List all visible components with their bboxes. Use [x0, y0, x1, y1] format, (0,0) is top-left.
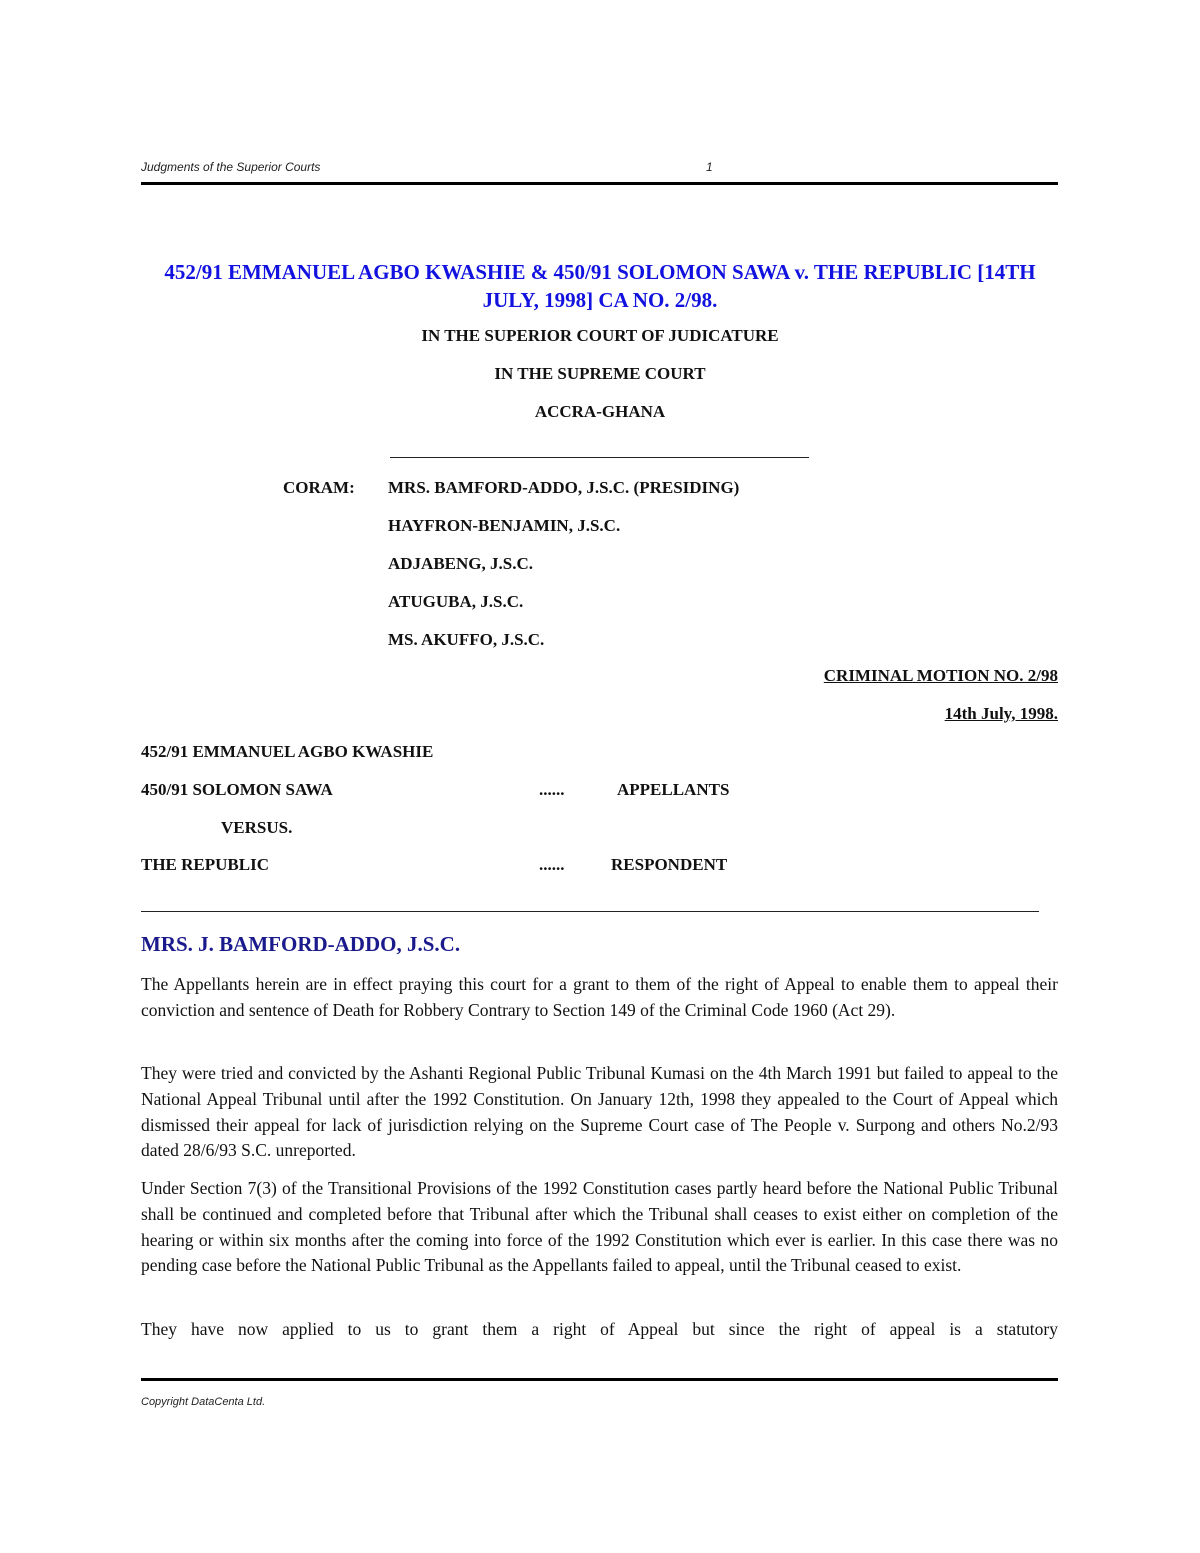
leader-dots: ......	[539, 855, 565, 875]
versus-label: VERSUS.	[221, 818, 292, 838]
court-line-supreme: IN THE SUPREME COURT	[0, 364, 1200, 384]
motion-number: CRIMINAL MOTION NO. 2/98	[824, 666, 1058, 686]
footer-rule	[141, 1378, 1058, 1381]
coram-judge: MRS. BAMFORD-ADDO, J.S.C. (PRESIDING)	[388, 478, 739, 498]
running-header-title: Judgments of the Superior Courts	[141, 160, 320, 174]
divider-rule	[141, 911, 1039, 912]
appellant-name: 450/91 SOLOMON SAWA	[141, 780, 333, 800]
leader-dots: ......	[539, 780, 565, 800]
judgment-paragraph: They have now applied to us to grant the…	[141, 1317, 1058, 1343]
judgment-paragraph: The Appellants herein are in effect pray…	[141, 972, 1058, 1024]
judge-heading: MRS. J. BAMFORD-ADDO, J.S.C.	[141, 932, 460, 957]
copyright-text: Copyright DataCenta Ltd.	[141, 1396, 265, 1408]
coram-judge: ATUGUBA, J.S.C.	[388, 592, 523, 612]
coram-judge: MS. AKUFFO, J.S.C.	[388, 630, 544, 650]
court-line-location: ACCRA-GHANA	[0, 402, 1200, 422]
page-number: 1	[706, 160, 713, 174]
judgment-paragraph: Under Section 7(3) of the Transitional P…	[141, 1176, 1058, 1279]
judgment-paragraph: They were tried and convicted by the Ash…	[141, 1061, 1058, 1164]
court-line-judicature: IN THE SUPERIOR COURT OF JUDICATURE	[0, 326, 1200, 346]
header-rule	[141, 182, 1058, 185]
respondent-role: RESPONDENT	[611, 855, 727, 875]
coram-label: CORAM:	[283, 478, 355, 498]
coram-judge: ADJABENG, J.S.C.	[388, 554, 533, 574]
coram-judge: HAYFRON-BENJAMIN, J.S.C.	[388, 516, 620, 536]
appellant-name: 452/91 EMMANUEL AGBO KWASHIE	[141, 742, 433, 762]
divider-rule	[390, 457, 809, 458]
case-title: 452/91 EMMANUEL AGBO KWASHIE & 450/91 SO…	[150, 258, 1050, 314]
motion-date: 14th July, 1998.	[945, 704, 1058, 724]
appellants-role: APPELLANTS	[617, 780, 729, 800]
respondent-name: THE REPUBLIC	[141, 855, 269, 875]
